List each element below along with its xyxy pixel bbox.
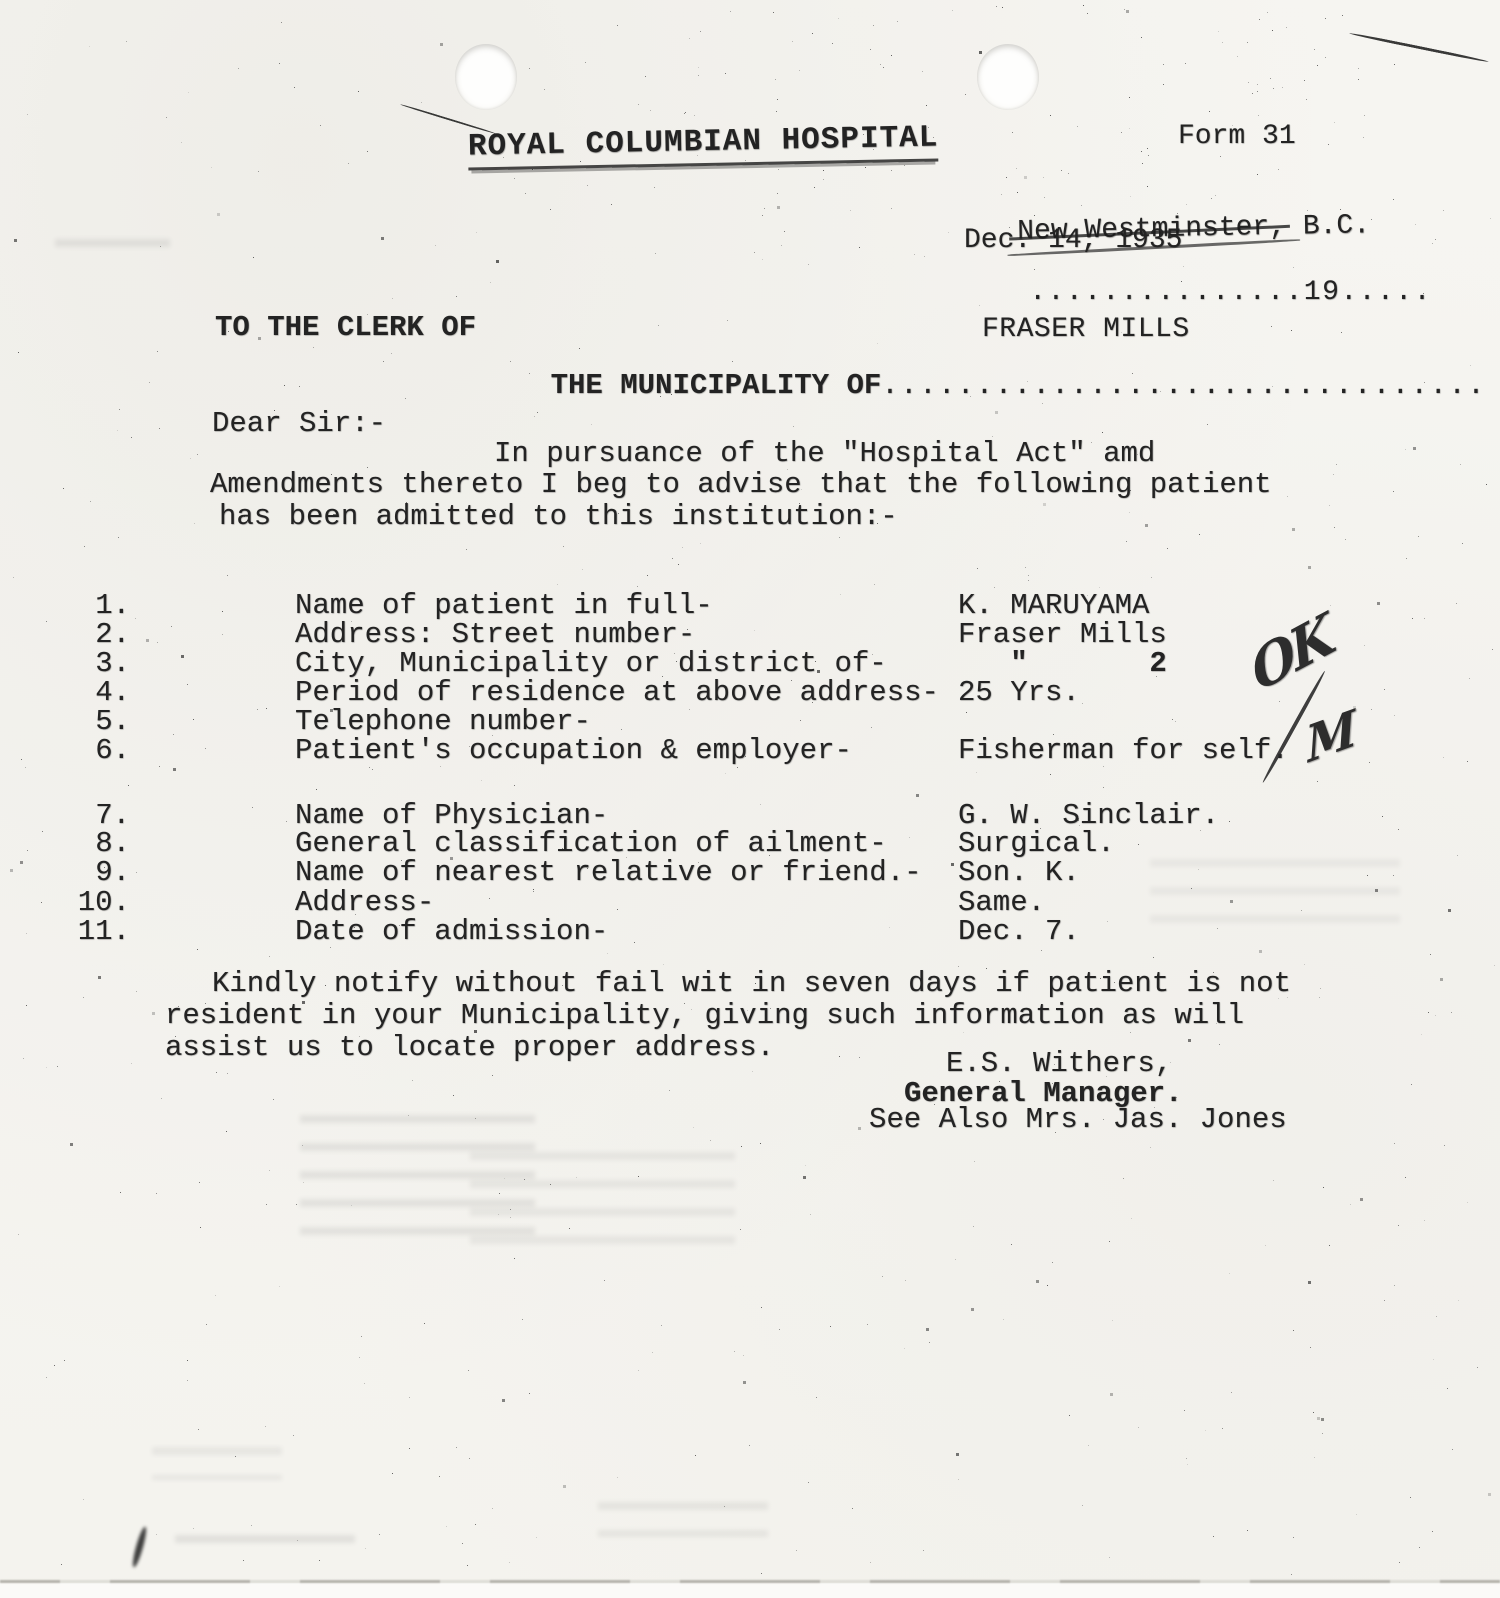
ink-blot-mark	[131, 1526, 148, 1568]
place-province: B.C.	[1303, 210, 1371, 242]
addressee-line1: TO THE CLERK OF	[215, 312, 476, 344]
handwritten-ok-annotation: OK M	[1231, 610, 1409, 806]
torn-edge-line	[0, 1580, 1500, 1583]
closing-line-2: resident in your Municipality, giving su…	[165, 1000, 1244, 1032]
item-label: Patient's occupation & employer-	[295, 735, 852, 767]
paper-edge-strip	[0, 1583, 1500, 1598]
salutation: Dear Sir:-	[212, 408, 386, 440]
form-item-row-10: 10. Address- Same.	[0, 887, 1500, 917]
form-item-row-9: 9. Name of nearest relative or friend.- …	[0, 857, 1500, 887]
municipality-label: THE MUNICIPALITY OF	[551, 369, 882, 402]
bleed-through-mark	[470, 1145, 735, 1245]
date-year-prefix: 19	[1304, 277, 1341, 308]
closing-line-3: assist us to locate proper address.	[165, 1032, 774, 1064]
intro-line-1: In pursuance of the "Hospital Act" amd	[494, 438, 1155, 470]
item-value: 25 Yrs.	[958, 677, 1080, 709]
form-item-row-1: 1. Name of patient in full- K. MARUYAMA	[0, 590, 1500, 620]
item-number: 11.	[62, 916, 130, 948]
item-number: 6.	[62, 735, 130, 767]
handwritten-initial: M	[1304, 699, 1360, 775]
intro-line-3: has been admitted to this institution:-	[219, 501, 898, 533]
date-dots-left: ...............	[1029, 277, 1304, 308]
signature-note: See Also Mrs. Jas. Jones	[869, 1104, 1287, 1136]
bleed-through-mark	[300, 1108, 535, 1243]
closing-line-1: Kindly notify without fail wit in seven …	[212, 968, 1291, 1000]
date-dots-right: .....	[1340, 277, 1432, 308]
scan-noise-speckles	[0, 0, 1, 1]
hospital-name-heading: ROYAL COLUMBIAN HOSPITAL	[468, 121, 939, 170]
scratch-mark-top-right	[1349, 32, 1489, 63]
municipality-dots: ................................	[881, 369, 1486, 402]
signature-name: E.S. Withers,	[946, 1048, 1172, 1080]
bleed-through-mark	[152, 1440, 282, 1480]
item-value: Dec. 7.	[958, 916, 1080, 948]
form-item-row-11: 11. Date of admission- Dec. 7.	[0, 916, 1500, 946]
punch-hole-left	[455, 44, 517, 110]
municipality-value: FRASER MILLS	[982, 315, 1190, 346]
item-label: Name of nearest relative or friend.-	[295, 857, 922, 889]
bleed-through-mark	[175, 1528, 355, 1562]
item-value: Fisherman for self.	[958, 735, 1289, 767]
item-value: Son. K.	[958, 857, 1080, 889]
municipality-line: THE MUNICIPALITY OF.....................…	[481, 338, 1486, 434]
bleed-through-mark	[55, 232, 170, 258]
item-number: 9.	[62, 857, 130, 889]
form-number: Form 31	[1178, 122, 1296, 153]
form-item-row-7: 7. Name of Physician- G. W. Sinclair.	[0, 800, 1500, 830]
form-item-row-8: 8. General classification of ailment- Su…	[0, 828, 1500, 858]
item-label: Date of admission-	[295, 916, 608, 948]
scanned-letter-page: ROYAL COLUMBIAN HOSPITAL Form 31 New Wes…	[0, 0, 1500, 1598]
bleed-through-mark	[598, 1495, 768, 1537]
punch-hole-right	[977, 44, 1039, 110]
intro-line-2: Amendments thereto I beg to advise that …	[210, 469, 1272, 501]
